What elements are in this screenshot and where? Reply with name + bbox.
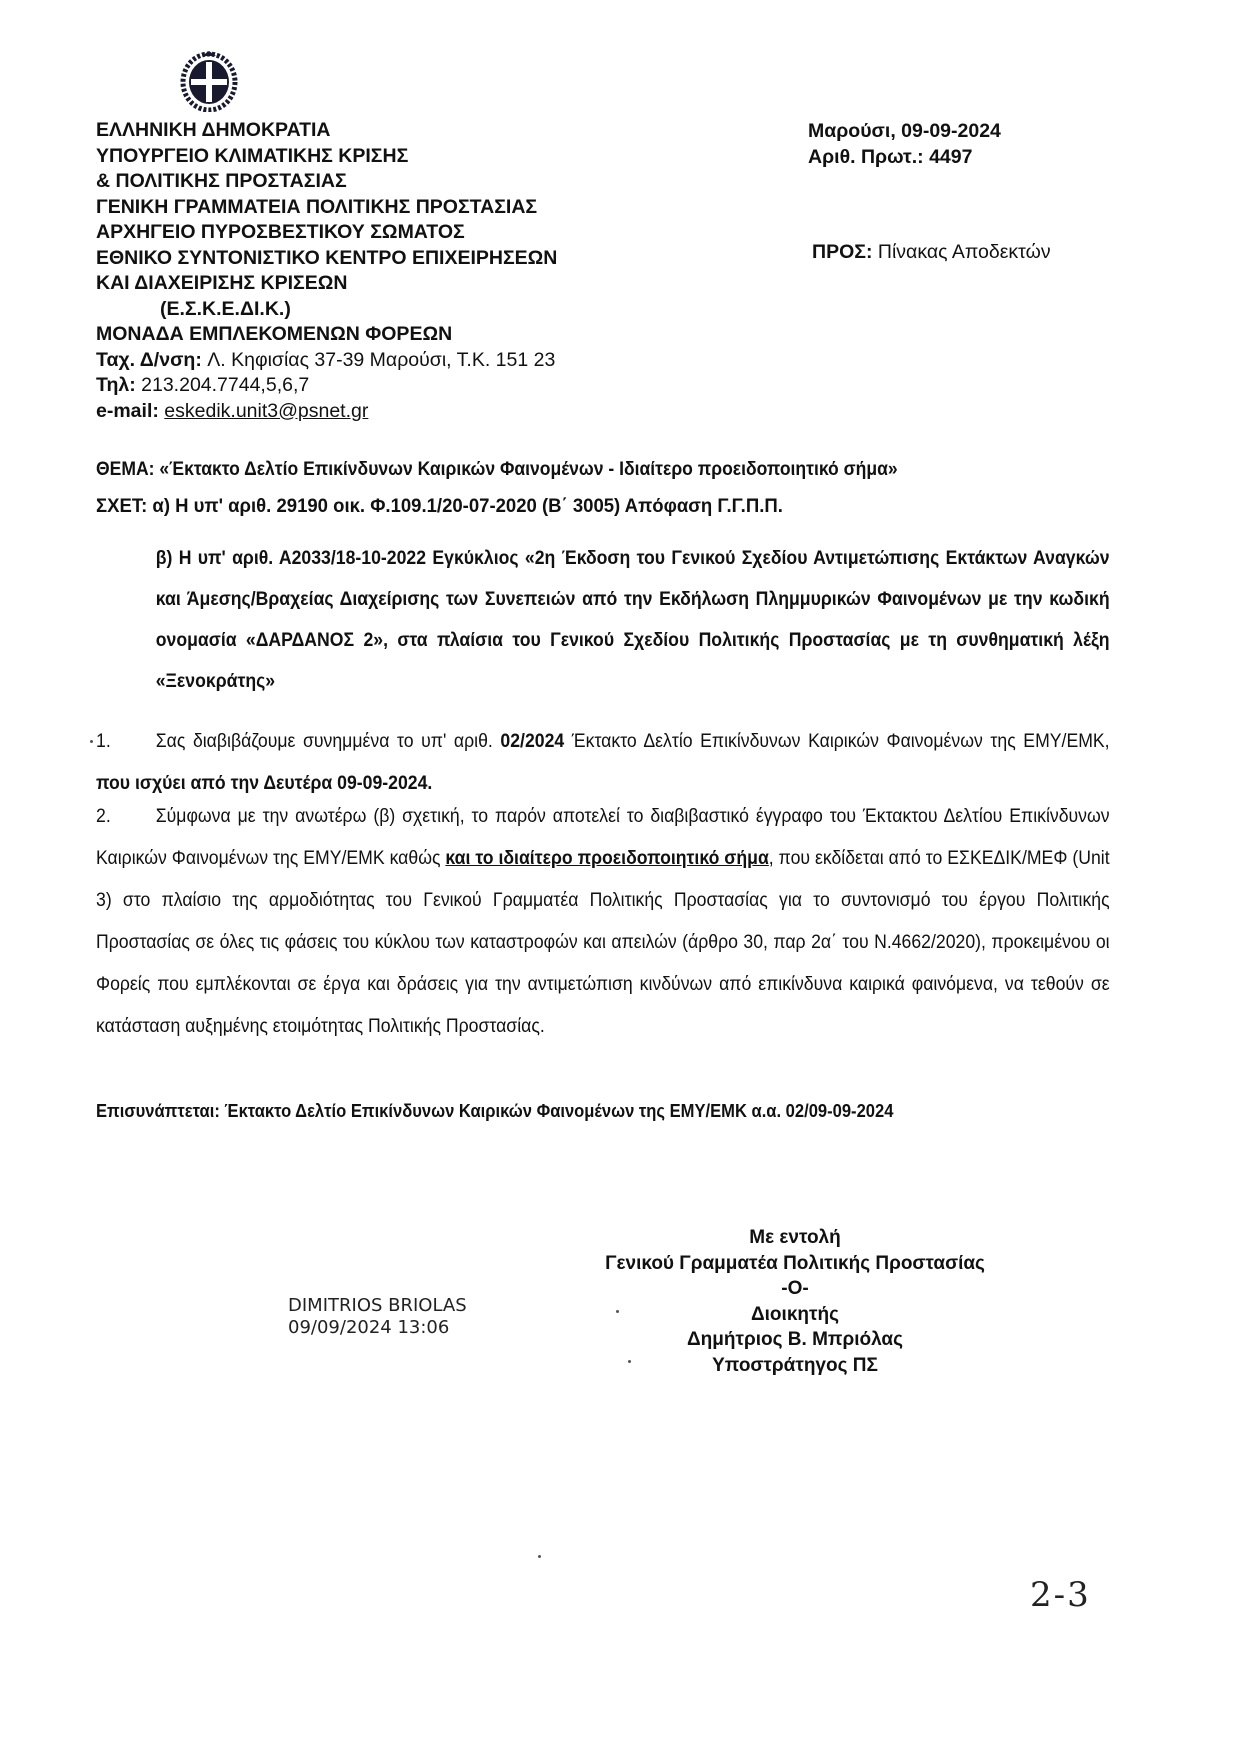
paragraph-2: 2.Σύμφωνα με την ανωτέρω (β) σχετική, το…: [96, 795, 1110, 1047]
email-line: e-mail: eskedik.unit3@psnet.gr: [96, 399, 557, 425]
document-meta: Μαρούσι, 09-09-2024 Αριθ. Πρωτ.: 4497: [808, 118, 1001, 170]
reference-a: ΣΧΕΤ: α) Η υπ' αριθ. 29190 οικ. Φ.109.1/…: [96, 495, 1061, 518]
signature-line: Υποστράτηγος ΠΣ: [560, 1353, 1030, 1379]
greek-coat-of-arms-icon: [180, 50, 238, 112]
org-acronym: (Ε.Σ.Κ.Ε.ΔΙ.Κ.): [96, 297, 557, 323]
signature-block: Με εντολή Γενικού Γραμματέα Πολιτικής Πρ…: [560, 1225, 1030, 1378]
scan-speck: [90, 740, 93, 743]
attachment-line: Επισυνάπτεται: Έκτακτο Δελτίο Επικίνδυνω…: [96, 1101, 893, 1122]
email-link[interactable]: eskedik.unit3@psnet.gr: [164, 400, 368, 422]
org-line: ΑΡΧΗΓΕΙΟ ΠΥΡΟΣΒΕΣΤΙΚΟΥ ΣΩΜΑΤΟΣ: [96, 220, 557, 246]
protocol-line: Αριθ. Πρωτ.: 4497: [808, 144, 1001, 170]
subject-line: ΘΕΜΑ: «Έκτακτο Δελτίο Επικίνδυνων Καιρικ…: [96, 458, 1010, 481]
org-line: ΕΛΛΗΝΙΚΗ ΔΗΜΟΚΡΑΤΙΑ: [96, 118, 557, 144]
recipient-line: ΠΡΟΣ: Πίνακας Αποδεκτών: [812, 241, 1051, 264]
bulletin-number: 02/2024: [500, 730, 564, 752]
paragraph-number: 2.: [96, 795, 156, 837]
org-unit: ΜΟΝΑΔΑ ΕΜΠΛΕΚΟΜΕΝΩΝ ΦΟΡΕΩΝ: [96, 322, 557, 348]
org-line: ΕΘΝΙΚΟ ΣΥΝΤΟΝΙΣΤΙΚΟ ΚΕΝΤΡΟ ΕΠΙΧΕΙΡΗΣΕΩΝ: [96, 246, 557, 272]
signature-line: Γενικού Γραμματέα Πολιτικής Προστασίας: [560, 1251, 1030, 1277]
address-line: Ταχ. Δ/νση: Λ. Κηφισίας 37-39 Μαρούσι, Τ…: [96, 348, 557, 374]
reference-b: β) Η υπ' αριθ. Α2033/18-10-2022 Εγκύκλιο…: [96, 538, 1110, 702]
paragraph-text: , που εκδίδεται από το ΕΣΚΕΔΙΚ/ΜΕΦ (Unit…: [96, 847, 1110, 1037]
handwritten-page-note: 2-3: [1030, 1575, 1091, 1615]
signature-line: -Ο-: [560, 1276, 1030, 1302]
signature-line: Διοικητής: [560, 1302, 1030, 1328]
paragraph-1: 1.Σας διαβιβάζουμε συνημμένα το υπ' αριθ…: [96, 720, 1110, 804]
address-label: Ταχ. Δ/νση:: [96, 349, 202, 371]
paragraph-text: Έκτακτο Δελτίο Επικίνδυνων Καιρικών Φαιν…: [564, 730, 1109, 752]
email-label: e-mail:: [96, 400, 159, 422]
signer-name: DIMITRIOS BRIOLAS: [288, 1295, 467, 1317]
protocol-label: Αριθ. Πρωτ.:: [808, 146, 924, 168]
signature-datetime: 09/09/2024 13:06: [288, 1317, 467, 1339]
reference-b-text: β) Η υπ' αριθ. Α2033/18-10-2022 Εγκύκλιο…: [96, 538, 1110, 702]
digital-signature: DIMITRIOS BRIOLAS 09/09/2024 13:06: [288, 1295, 467, 1339]
org-line: ΚΑΙ ΔΙΑΧΕΙΡΙΣΗΣ ΚΡΙΣΕΩΝ: [96, 271, 557, 297]
recipient-label: ΠΡΟΣ:: [812, 241, 872, 263]
warning-signal-text: και το ιδιαίτερο προειδοποιητικό σήμα: [445, 847, 768, 869]
address-value: Λ. Κηφισίας 37-39 Μαρούσι, Τ.Κ. 151 23: [207, 349, 555, 371]
letterhead: ΕΛΛΗΝΙΚΗ ΔΗΜΟΚΡΑΤΙΑ ΥΠΟΥΡΓΕΙΟ ΚΛΙΜΑΤΙΚΗΣ…: [96, 118, 557, 424]
scan-speck: [628, 1360, 631, 1363]
place-date: Μαρούσι, 09-09-2024: [808, 118, 1001, 144]
org-line: & ΠΟΛΙΤΙΚΗΣ ΠΡΟΣΤΑΣΙΑΣ: [96, 169, 557, 195]
recipient-value: Πίνακας Αποδεκτών: [878, 241, 1051, 263]
scan-speck: [616, 1310, 619, 1313]
signature-line: Δημήτριος Β. Μπριόλας: [560, 1327, 1030, 1353]
phone-value: 213.204.7744,5,6,7: [141, 374, 309, 396]
org-line: ΓΕΝΙΚΗ ΓΡΑΜΜΑΤΕΙΑ ΠΟΛΙΤΙΚΗΣ ΠΡΟΣΤΑΣΙΑΣ: [96, 195, 557, 221]
phone-label: Τηλ:: [96, 374, 136, 396]
phone-line: Τηλ: 213.204.7744,5,6,7: [96, 373, 557, 399]
org-line: ΥΠΟΥΡΓΕΙΟ ΚΛΙΜΑΤΙΚΗΣ ΚΡΙΣΗΣ: [96, 144, 557, 170]
protocol-number: 4497: [929, 146, 972, 168]
paragraph-text: Σας διαβιβάζουμε συνημμένα το υπ' αριθ.: [156, 730, 501, 752]
paragraph-number: 1.: [96, 720, 156, 762]
effective-date-text: που ισχύει από την Δευτέρα 09-09-2024.: [96, 772, 432, 794]
signature-line: Με εντολή: [560, 1225, 1030, 1251]
scan-speck: [538, 1555, 541, 1558]
